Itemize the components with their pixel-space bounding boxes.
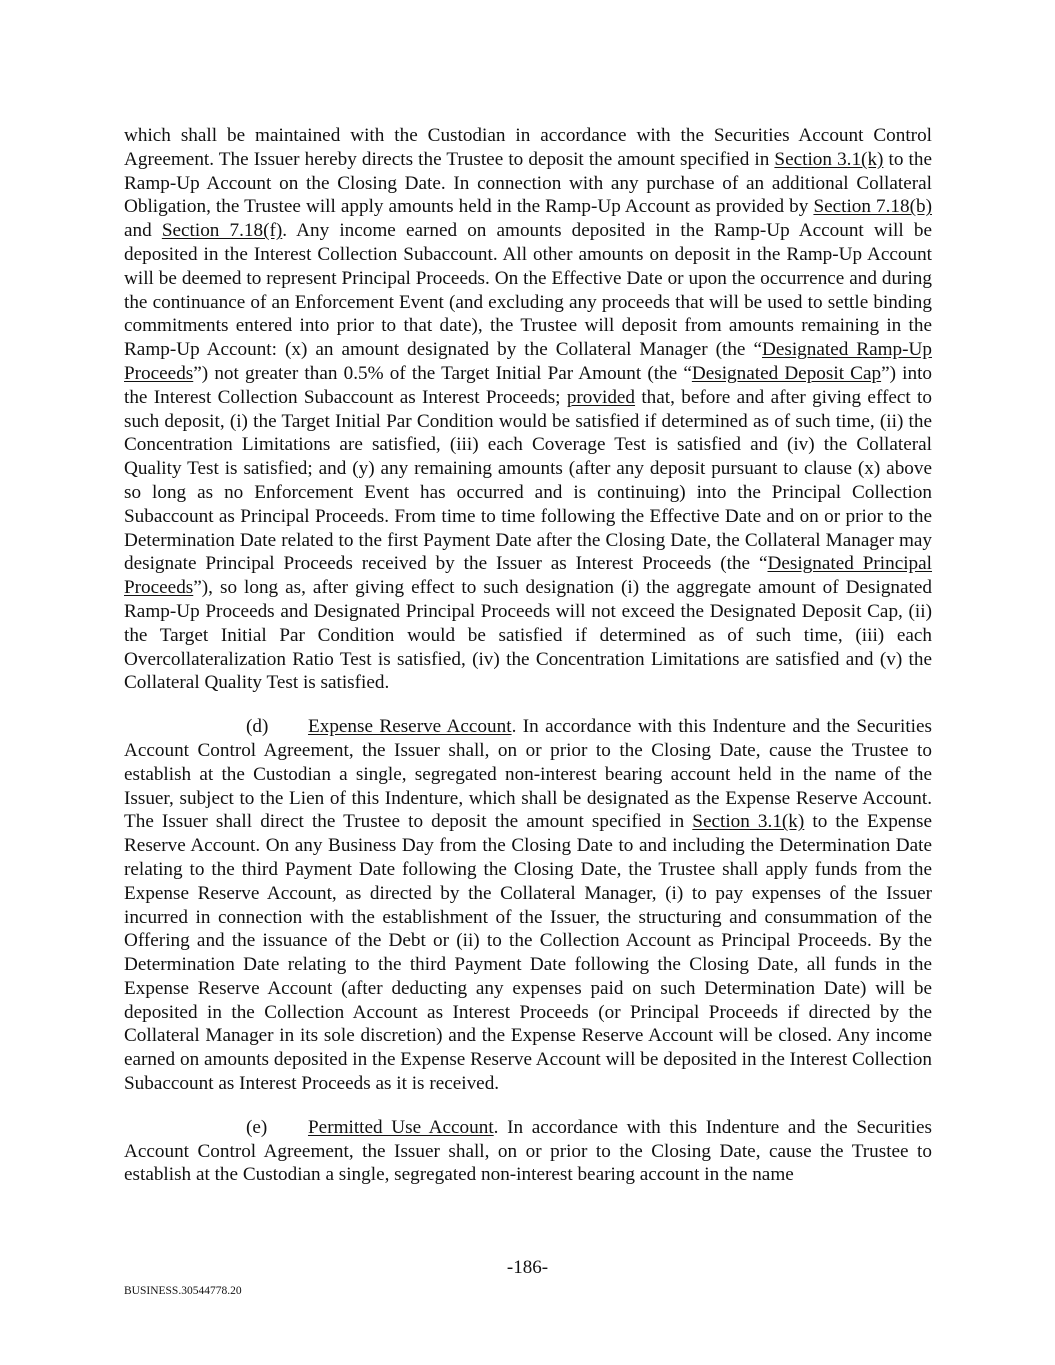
underlined-term: Section 3.1(k): [692, 811, 804, 832]
underlined-term: Designated Deposit Cap: [692, 363, 881, 384]
page-number: -186-: [0, 1257, 1055, 1279]
text-run: ”) not greater than 0.5% of the Target I…: [193, 363, 692, 384]
paragraph-permitted-use-account: (e)Permitted Use Account. In accordance …: [124, 1116, 932, 1187]
clause-number: (e): [246, 1116, 308, 1140]
paragraph-expense-reserve-account: (d)Expense Reserve Account. In accordanc…: [124, 715, 932, 1096]
underlined-term: provided: [567, 387, 635, 408]
text-run: that, before and after giving effect to …: [124, 387, 932, 575]
underlined-term: Section 7.18(b): [813, 196, 932, 217]
clause-heading: Expense Reserve Account: [308, 716, 512, 737]
text-run: and: [124, 220, 162, 241]
document-page: which shall be maintained with the Custo…: [124, 124, 932, 1207]
paragraph-ramp-up-account: which shall be maintained with the Custo…: [124, 124, 932, 695]
text-run: ”), so long as, after giving effect to s…: [124, 577, 932, 693]
clause-heading: Permitted Use Account: [308, 1117, 494, 1138]
underlined-term: Section 7.18(f): [162, 220, 282, 241]
text-run: to the Expense Reserve Account. On any B…: [124, 811, 932, 1094]
clause-body: . In accordance with this Indenture and …: [124, 716, 932, 1094]
clause-number: (d): [246, 715, 308, 739]
underlined-term: Section 3.1(k): [774, 149, 883, 170]
document-id: BUSINESS.30544778.20: [124, 1285, 242, 1297]
